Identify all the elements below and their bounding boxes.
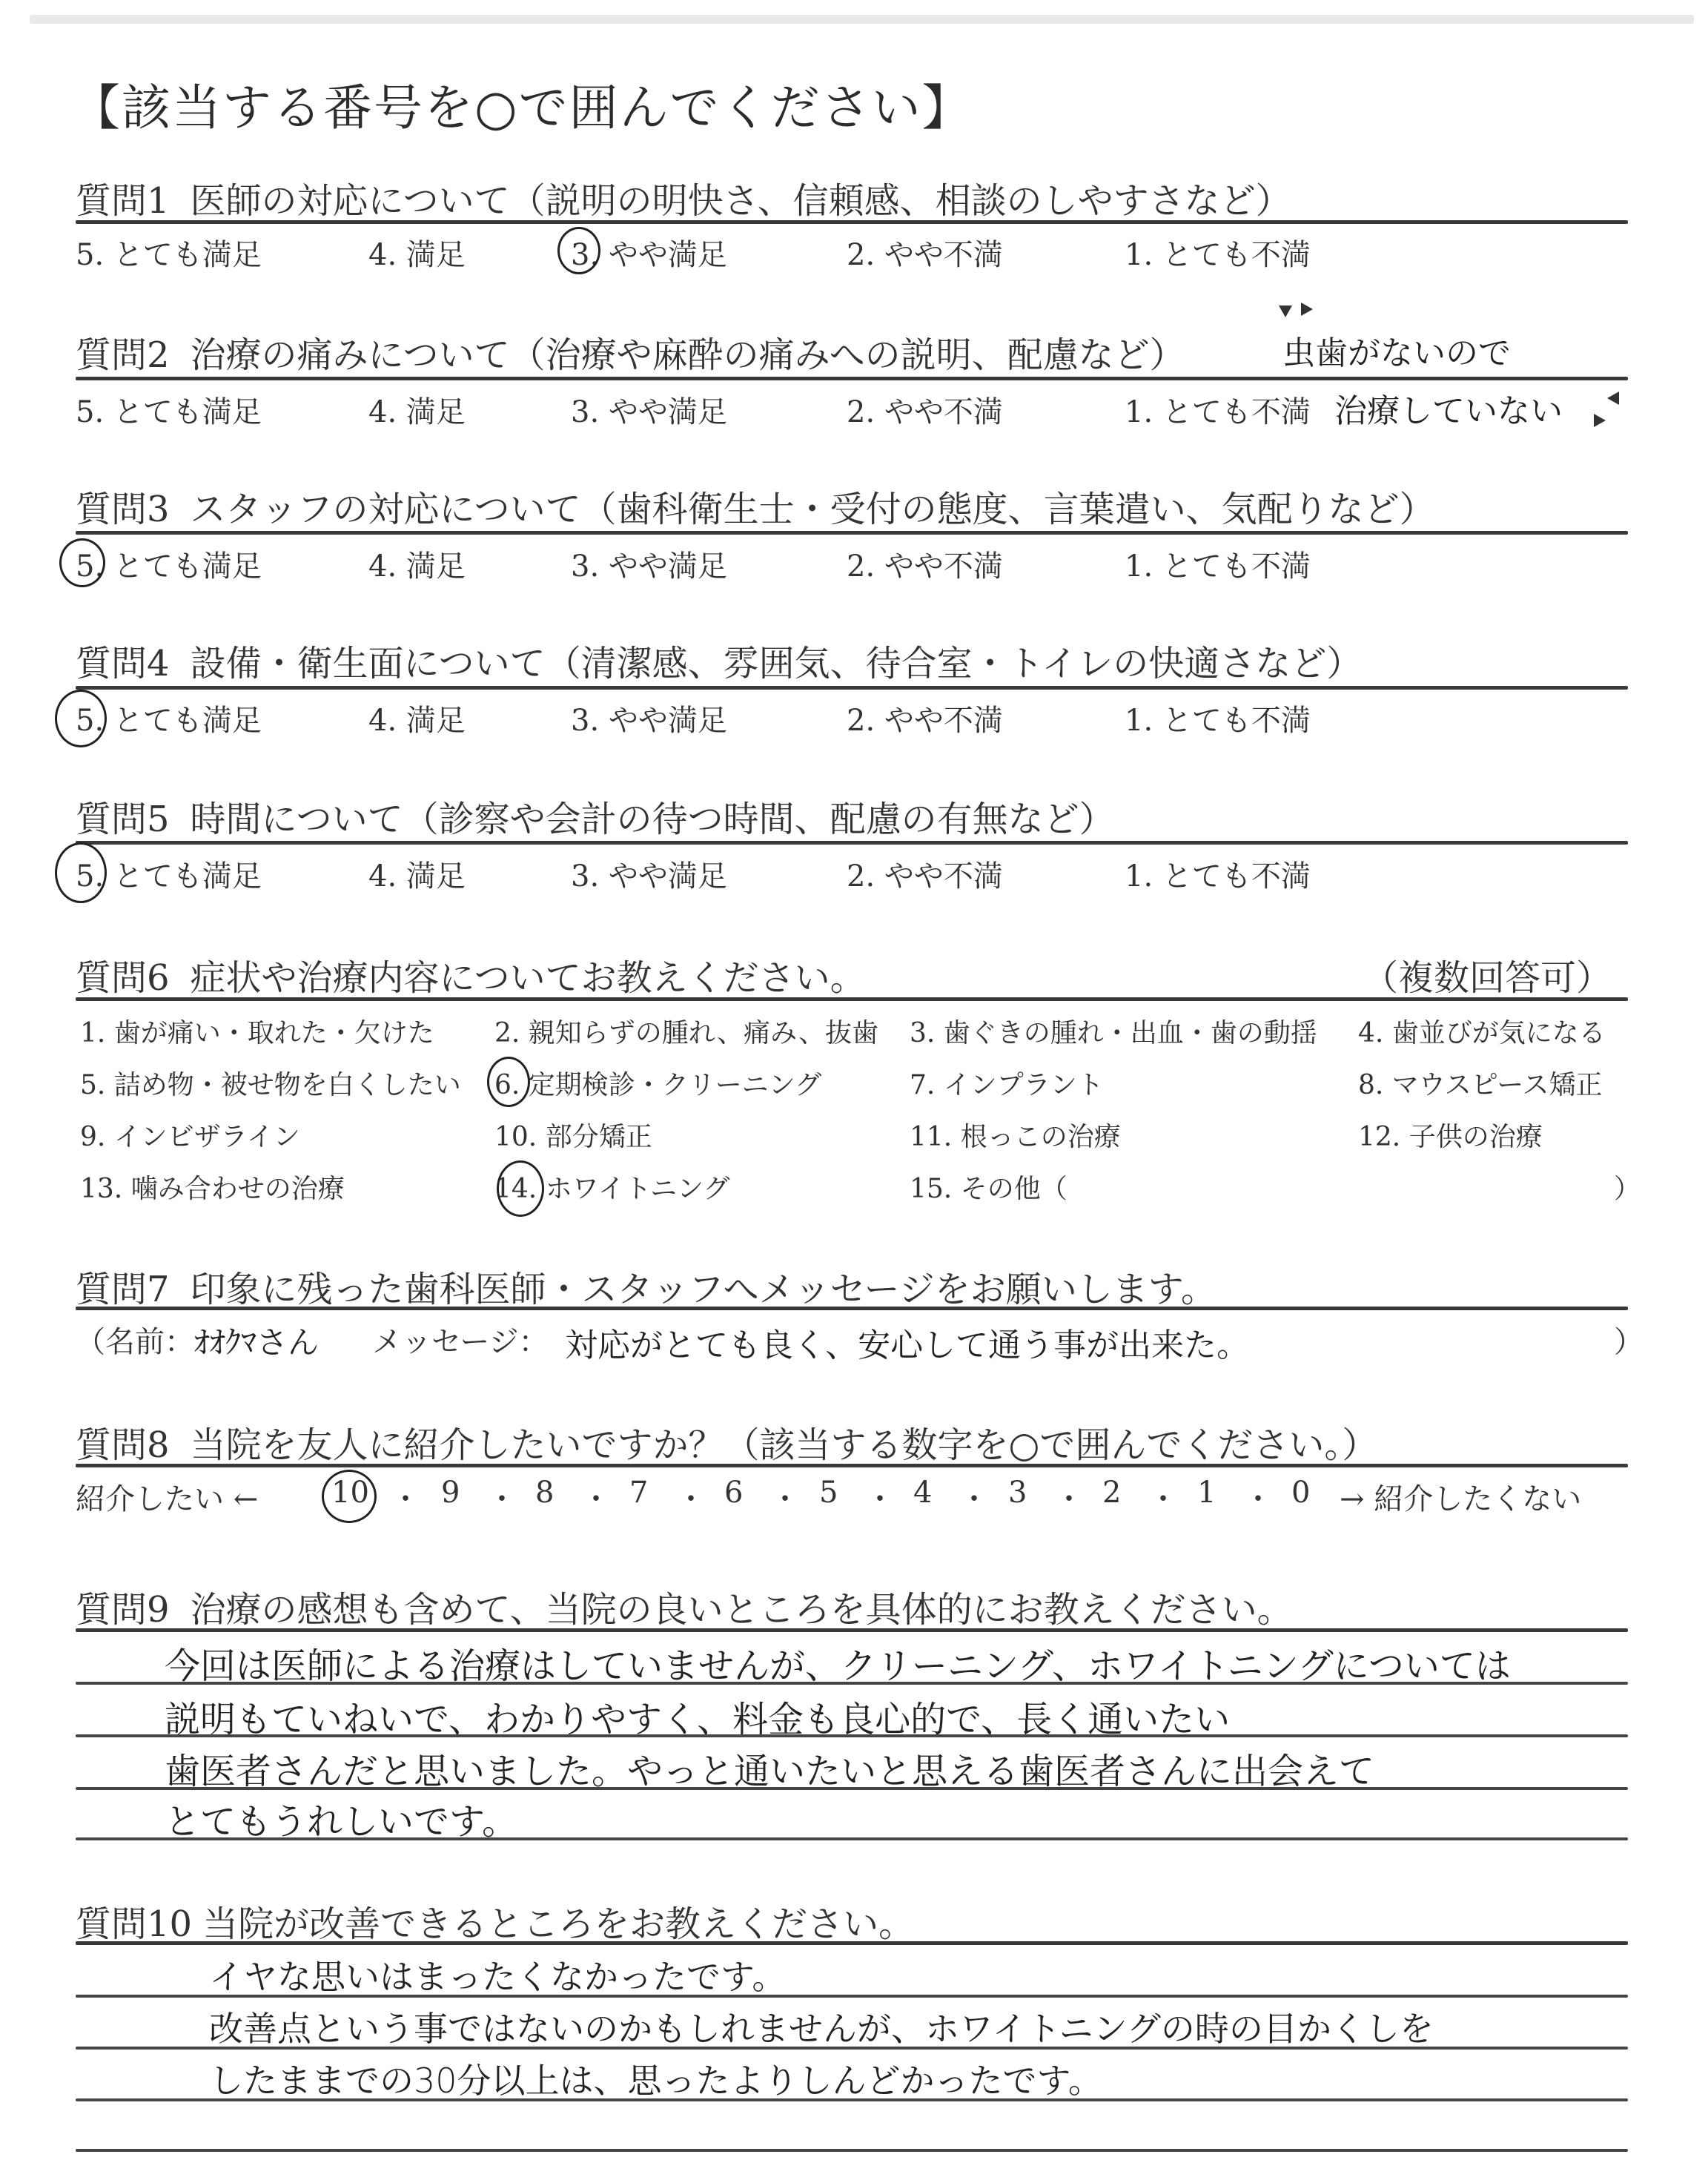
score-6[interactable]: 6 (724, 1476, 743, 1510)
question-6-options: 1. 歯が痛い・取れた・欠けた 2. 親知らずの腫れ、痛み、抜歯 3. 歯ぐきの… (76, 1012, 1628, 1227)
selected-circle-mark (487, 1057, 530, 1107)
option-item[interactable]: 7. インプラント (910, 1064, 1104, 1102)
option-item[interactable]: 6. 定期検診・クリーニング (494, 1064, 821, 1102)
sparkle-mark-icon (1594, 414, 1606, 427)
page-title: 【該当する番号を○で囲んでください】 (71, 68, 973, 139)
question-text: 治療の痛みについて（治療や麻酔の痛みへの説明、配慮など） (191, 334, 1185, 376)
selected-circle-mark (55, 842, 107, 903)
option-3[interactable]: 3. やや満足 (571, 389, 727, 431)
option-4[interactable]: 4. 満足 (368, 231, 466, 274)
question-1-options: 5. とても満足 4. 満足 3. やや満足 2. やや不満 1. とても不満 (76, 231, 1628, 273)
option-1[interactable]: 1. とても不満 (1125, 543, 1311, 585)
option-item[interactable]: 4. 歯並びが気になる (1358, 1012, 1606, 1050)
writing-line (76, 1837, 1628, 1840)
question-7-heading: 質問7印象に残った歯科医師・スタッフへメッセージをお願いします。 (76, 1261, 1217, 1312)
question-6-heading: 質問6症状や治療内容についてお教えください。 (76, 949, 866, 1000)
question-number: 質問8 (76, 1424, 170, 1466)
question-number: 質問2 (76, 334, 170, 376)
other-close-paren: ） (1614, 1168, 1641, 1206)
question-4-options: 5. とても満足 4. 満足 3. やや満足 2. やや不満 1. とても不満 (76, 697, 1628, 739)
divider (76, 686, 1628, 690)
option-2[interactable]: 2. やや不満 (847, 389, 1003, 431)
option-2[interactable]: 2. やや不満 (847, 231, 1003, 274)
option-item[interactable]: 9. インビザライン (80, 1116, 300, 1154)
question-3-options: 5. とても満足 4. 満足 3. やや満足 2. やや不満 1. とても不満 (76, 543, 1628, 584)
question-text: 時間について（診察や会計の待つ時間、配慮の有無など） (191, 799, 1115, 840)
option-3[interactable]: 3. やや満足 (571, 543, 727, 585)
option-item[interactable]: 15. その他（ (910, 1168, 1067, 1206)
option-item[interactable]: 3. 歯ぐきの腫れ・出血・歯の動揺 (910, 1012, 1317, 1050)
divider (76, 1628, 1628, 1632)
question-7-answer: （名前： ｵｵｸﾏさん メッセージ： 対応がとても良く、安心して通う事が出来た。… (76, 1318, 1628, 1360)
option-item[interactable]: 2. 親知らずの腫れ、痛み、抜歯 (494, 1012, 878, 1050)
option-5[interactable]: 5. とても満足 (76, 231, 262, 274)
writing-line (76, 2149, 1628, 2152)
question-4-heading: 質問4設備・衛生面について（清潔感、雰囲気、待合室・トイレの快適さなど） (76, 635, 1362, 686)
option-5[interactable]: 5. とても満足 (76, 389, 262, 431)
sparkle-mark-icon (1301, 303, 1313, 316)
option-4[interactable]: 4. 満足 (368, 853, 466, 895)
selected-circle-mark (322, 1470, 377, 1523)
handwritten-note-line-1: 虫歯がないので (1282, 326, 1511, 374)
divider (76, 1307, 1628, 1310)
writing-line (76, 2047, 1628, 2050)
answer-line[interactable]: とてもうれしいです。 (165, 1793, 517, 1844)
selected-circle-mark (557, 227, 600, 274)
option-1[interactable]: 1. とても不満 (1125, 231, 1311, 274)
handwritten-note-line-2: 治療していない (1334, 384, 1563, 432)
writing-line (76, 2098, 1628, 2101)
option-4[interactable]: 4. 満足 (368, 697, 466, 739)
score-1[interactable]: 1 (1197, 1476, 1216, 1510)
score-2[interactable]: 2 (1102, 1476, 1121, 1510)
score-4[interactable]: 4 (913, 1476, 932, 1510)
writing-line (76, 1734, 1628, 1737)
selected-circle-mark (497, 1160, 544, 1217)
question-number: 質問7 (76, 1269, 170, 1310)
name-value[interactable]: ｵｵｸﾏさん (194, 1318, 319, 1363)
writing-line (76, 1787, 1628, 1790)
scan-top-edge (30, 15, 1694, 24)
answer-line[interactable]: 今回は医師による治療はしていませんが、クリーニング、ホワイトニングについては (165, 1637, 1511, 1688)
question-number: 質問1 (76, 180, 170, 222)
question-number: 質問10 (76, 1903, 192, 1945)
score-8[interactable]: 8 (535, 1476, 554, 1510)
question-3-heading: 質問3スタッフの対応について（歯科衛生士・受付の態度、言葉遣い、気配りなど） (76, 480, 1435, 532)
option-2[interactable]: 2. やや不満 (847, 697, 1003, 739)
question-text: 設備・衛生面について（清潔感、雰囲気、待合室・トイレの快適さなど） (191, 643, 1363, 684)
option-1[interactable]: 1. とても不満 (1125, 389, 1311, 431)
answer-line[interactable]: 改善点という事ではないのかもしれませんが、ホワイトニングの時の目かくしを (209, 2002, 1434, 2051)
option-item[interactable]: 5. 詰め物・被せ物を白くしたい (80, 1064, 461, 1102)
question-5-heading: 質問5時間について（診察や会計の待つ時間、配慮の有無など） (76, 790, 1115, 842)
question-text: 印象に残った歯科医師・スタッフへメッセージをお願いします。 (191, 1269, 1217, 1310)
question-text: 当院を友人に紹介したいですか？（該当する数字を○で囲んでください。） (191, 1424, 1378, 1466)
name-label: （名前： (76, 1318, 194, 1361)
question-number: 質問4 (76, 643, 170, 684)
option-2[interactable]: 2. やや不満 (847, 543, 1003, 585)
divider (76, 841, 1628, 845)
sparkle-mark-icon (1607, 392, 1619, 405)
divider (76, 997, 1628, 1001)
message-value[interactable]: 対応がとても良く、安心して通う事が出来た。 (565, 1318, 1249, 1366)
question-10-heading: 質問10当院が改善できるところをお教えください。 (76, 1895, 914, 1946)
question-number: 質問5 (76, 799, 170, 840)
option-item[interactable]: 12. 子供の治療 (1358, 1116, 1543, 1154)
score-7[interactable]: 7 (629, 1476, 648, 1510)
score-5[interactable]: 5 (819, 1476, 838, 1510)
divider (76, 377, 1628, 380)
question-number: 質問6 (76, 957, 170, 999)
not-recommend-label: → 紹介したくない (1340, 1476, 1581, 1518)
option-item[interactable]: 8. マウスピース矯正 (1358, 1064, 1602, 1102)
question-number: 質問3 (76, 489, 170, 530)
option-1[interactable]: 1. とても不満 (1125, 697, 1311, 739)
option-item[interactable]: 11. 根っこの治療 (910, 1116, 1121, 1154)
question-number: 質問9 (76, 1589, 170, 1631)
question-9-heading: 質問9治療の感想も含めて、当院の良いところを具体的にお教えください。 (76, 1581, 1293, 1632)
option-4[interactable]: 4. 満足 (368, 389, 466, 431)
option-2[interactable]: 2. やや不満 (847, 853, 1003, 895)
recommend-label: 紹介したい ← (76, 1476, 258, 1518)
close-paren: ） (1614, 1318, 1644, 1361)
question-8-heading: 質問8当院を友人に紹介したいですか？（該当する数字を○で囲んでください。） (76, 1416, 1377, 1467)
question-5-options: 5. とても満足 4. 満足 3. やや満足 2. やや不満 1. とても不満 (76, 853, 1628, 894)
question-1-heading: 質問1医師の対応について（説明の明快さ、信頼感、相談のしやすさなど） (76, 172, 1291, 223)
answer-line[interactable]: したままでの30分以上は、思ったよりしんどかったです。 (209, 2054, 1102, 2103)
question-text: スタッフの対応について（歯科衛生士・受付の態度、言葉遣い、気配りなど） (191, 489, 1435, 530)
divider (76, 1941, 1628, 1945)
multiple-answer-note: （複数回答可） (1363, 949, 1612, 1000)
answer-line[interactable]: 歯医者さんだと思いました。やっと通いたいと思える歯医者さんに出会えて (165, 1743, 1374, 1794)
divider (76, 1464, 1628, 1467)
question-8-scale: 紹介したい ← 10 ・ 9 ・ 8 ・ 7 ・ 6 ・ 5 ・ 4 ・ 3 ・… (76, 1476, 1628, 1517)
sparkle-mark-icon (1279, 305, 1292, 317)
option-1[interactable]: 1. とても不満 (1125, 853, 1311, 895)
option-3[interactable]: 3. やや満足 (571, 697, 727, 739)
divider (76, 531, 1628, 535)
question-text: 当院が改善できるところをお教えください。 (202, 1903, 914, 1945)
option-4[interactable]: 4. 満足 (368, 543, 466, 585)
question-text: 症状や治療内容についてお教えください。 (191, 957, 866, 999)
score-3[interactable]: 3 (1008, 1476, 1027, 1510)
option-item[interactable]: 10. 部分矯正 (494, 1116, 652, 1154)
selected-circle-mark (55, 690, 107, 747)
option-item[interactable]: 1. 歯が痛い・取れた・欠けた (80, 1012, 434, 1050)
score-9[interactable]: 9 (441, 1476, 460, 1510)
message-label: メッセージ： (372, 1318, 549, 1361)
selected-circle-mark (59, 538, 105, 587)
writing-line (76, 1995, 1628, 1998)
question-2-heading: 質問2治療の痛みについて（治療や麻酔の痛みへの説明、配慮など） (76, 326, 1185, 377)
question-text: 医師の対応について（説明の明快さ、信頼感、相談のしやすさなど） (191, 180, 1291, 222)
question-text: 治療の感想も含めて、当院の良いところを具体的にお教えください。 (191, 1589, 1293, 1631)
writing-line (76, 1682, 1628, 1685)
option-item[interactable]: 13. 噛み合わせの治療 (80, 1168, 345, 1206)
answer-line[interactable]: イヤな思いはまったくなかったです。 (209, 1950, 786, 1999)
option-3[interactable]: 3. やや満足 (571, 853, 727, 895)
divider (76, 220, 1628, 224)
score-0[interactable]: 0 (1291, 1476, 1310, 1510)
